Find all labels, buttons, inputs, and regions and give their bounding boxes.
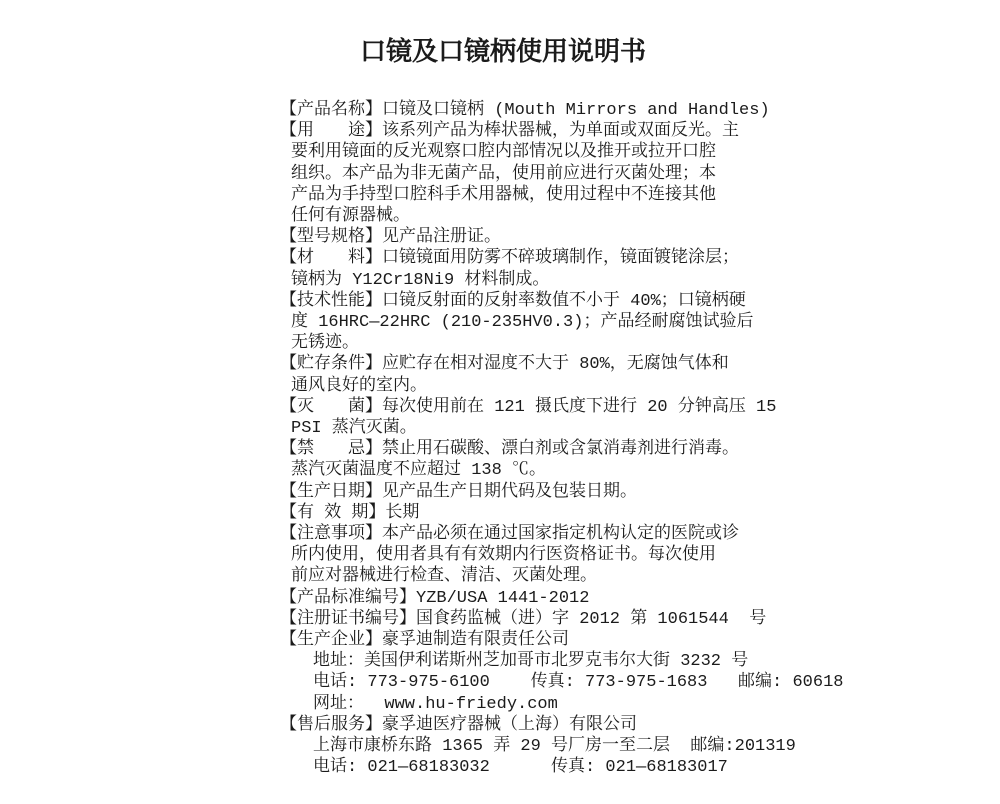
- doc-line: PSI 蒸汽灭菌。: [280, 418, 750, 439]
- doc-line: 【生产企业】豪孚迪制造有限责任公司: [280, 630, 750, 651]
- document-page: 口镜及口镜柄使用说明书 【产品名称】口镜及口镜柄 (Mouth Mirrors …: [0, 0, 1000, 804]
- doc-line: 蒸汽灭菌温度不应超过 138 ℃。: [280, 460, 750, 481]
- doc-line: 【生产日期】见产品生产日期代码及包装日期。: [280, 482, 750, 503]
- doc-line: 【用 途】该系列产品为棒状器械，为单面或双面反光。主: [280, 121, 750, 142]
- doc-line: 地址：美国伊利诺斯州芝加哥市北罗克韦尔大街 3232 号: [280, 651, 750, 672]
- doc-line: 度 16HRC—22HRC (210-235HV0.3)；产品经耐腐蚀试验后: [280, 312, 750, 333]
- doc-line: 电话: 773-975-6100 传真: 773-975-1683 邮编: 60…: [280, 672, 750, 693]
- doc-line: 前应对器械进行检查、清洁、灭菌处理。: [280, 566, 750, 587]
- doc-line: 电话: 021—68183032 传真: 021—68183017: [280, 757, 750, 778]
- doc-line: 【材 料】口镜镜面用防雾不碎玻璃制作，镜面镀铑涂层；: [280, 248, 750, 269]
- doc-line: 无锈迹。: [280, 333, 750, 354]
- doc-line: 【灭 菌】每次使用前在 121 摄氏度下进行 20 分钟高压 15: [280, 397, 750, 418]
- doc-line: 上海市康桥东路 1365 弄 29 号厂房一至二层 邮编:201319: [280, 736, 750, 757]
- doc-line: 组织。本产品为非无菌产品，使用前应进行灭菌处理；本: [280, 164, 750, 185]
- doc-line: 【产品名称】口镜及口镜柄 (Mouth Mirrors and Handles): [280, 100, 750, 121]
- doc-line: 【有 效 期】长期: [280, 503, 750, 524]
- doc-line: 【型号规格】见产品注册证。: [280, 227, 750, 248]
- doc-line: 任何有源器械。: [280, 206, 750, 227]
- doc-line: 【售后服务】豪孚迪医疗器械（上海）有限公司: [280, 715, 750, 736]
- doc-line: 产品为手持型口腔科手术用器械，使用过程中不连接其他: [280, 185, 750, 206]
- doc-line: 【产品标准编号】YZB/USA 1441-2012: [280, 588, 750, 609]
- doc-line: 【贮存条件】应贮存在相对湿度不大于 80%，无腐蚀气体和: [280, 354, 750, 375]
- doc-line: 【禁 忌】禁止用石碳酸、漂白剂或含氯消毒剂进行消毒。: [280, 439, 750, 460]
- doc-line: 镜柄为 Y12Cr18Ni9 材料制成。: [280, 270, 750, 291]
- doc-line: 通风良好的室内。: [280, 376, 750, 397]
- doc-line: 【注册证书编号】国食药监械（进）字 2012 第 1061544 号: [280, 609, 750, 630]
- doc-line: 要利用镜面的反光观察口腔内部情况以及推开或拉开口腔: [280, 142, 750, 163]
- doc-line: 【技术性能】口镜反射面的反射率数值不小于 40%；口镜柄硬: [280, 291, 750, 312]
- doc-line: 所内使用，使用者具有有效期内行医资格证书。每次使用: [280, 545, 750, 566]
- doc-line: 【注意事项】本产品必须在通过国家指定机构认定的医院或诊: [280, 524, 750, 545]
- doc-line: 网址： www.hu-friedy.com: [280, 694, 750, 715]
- document-title: 口镜及口镜柄使用说明书: [280, 34, 726, 72]
- doc-lines: 【产品名称】口镜及口镜柄 (Mouth Mirrors and Handles)…: [280, 100, 750, 779]
